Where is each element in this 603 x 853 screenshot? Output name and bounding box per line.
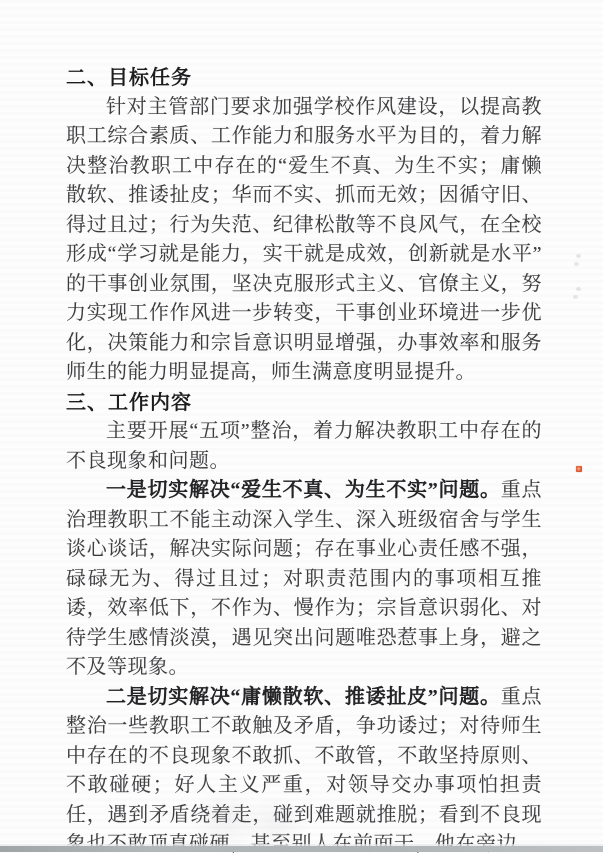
paragraph-item-two: 二是切实解决“庸懒散软、推诿扯皮”问题。重点整治一些教职工不敢触及矛盾，争功诿过… [66, 683, 542, 853]
paragraph-item-two-body: 重点整治一些教职工不敢触及矛盾，争功诿过；对待师生中存在的不良现象不敢抓、不敢管… [66, 686, 542, 853]
scan-speck [576, 287, 581, 291]
section-heading-work-content: 三、工作内容 [66, 388, 542, 418]
scanned-document-page: { "page": { "kind": "scanned-document-pa… [0, 0, 603, 853]
document-body: 二、目标任务 针对主管部门要求加强学校作风建设，以提高教职工综合素质、工作能力和… [66, 63, 542, 853]
red-scan-mark [576, 466, 582, 472]
paragraph-item-one-body: 重点治理教职工不能主动深入学生、深入班级宿舍与学生谈心谈话，解决实际问题；存在事… [66, 479, 542, 678]
scan-speck [574, 262, 579, 266]
paragraph-work-content-intro: 主要开展“五项”整治，着力解决教职工中存在的不良现象和问题。 [66, 417, 542, 476]
paragraph-item-one-lead: 一是切实解决“爱生不真、为生不实”问题。 [106, 479, 501, 501]
scanner-edge-bar [0, 846, 603, 852]
section-heading-goals: 二、目标任务 [66, 63, 542, 93]
paragraph-goals: 针对主管部门要求加强学校作风建设，以提高教职工综合素质、工作能力和服务水平为目的… [66, 93, 542, 388]
scan-speck [576, 254, 581, 258]
paragraph-item-one: 一是切实解决“爱生不真、为生不实”问题。重点治理教职工不能主动深入学生、深入班级… [66, 476, 542, 683]
scan-speck [573, 295, 578, 299]
paragraph-item-two-lead: 二是切实解决“庸懒散软、推诿扯皮”问题。 [106, 686, 501, 708]
